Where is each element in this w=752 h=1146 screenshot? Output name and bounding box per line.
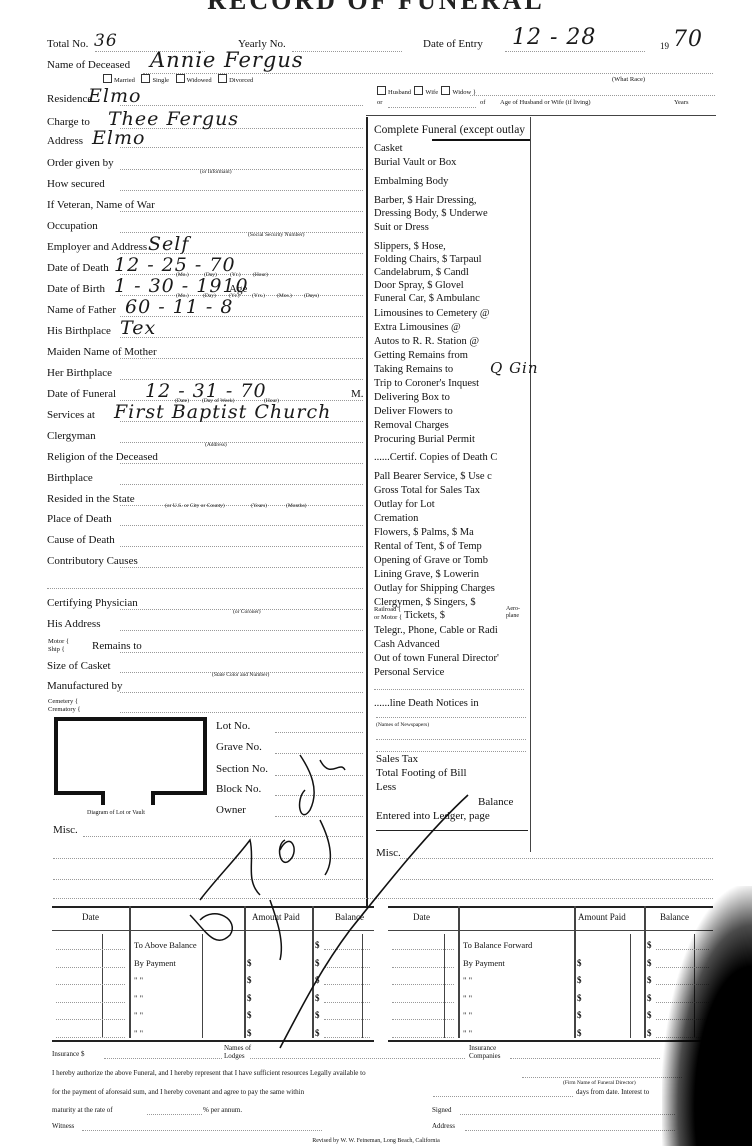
- scan-damage-shadow: [662, 886, 752, 1146]
- handwritten-signature-scribble-icon: [0, 0, 752, 1146]
